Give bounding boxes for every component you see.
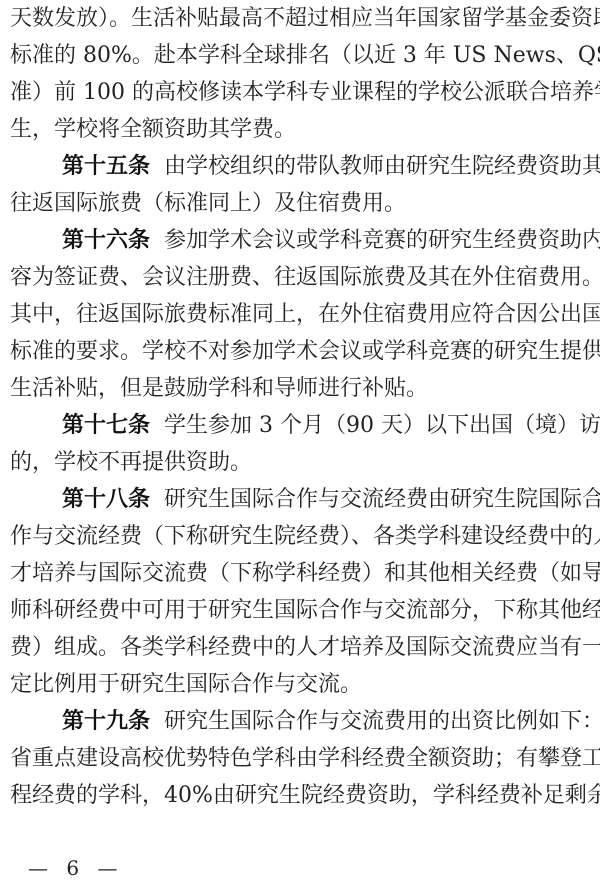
paragraph-line: 生活补贴，但是鼓励学科和导师进行补贴。 [10,374,592,404]
document-page: 天数发放）。生活补贴最高不超过相应当年国家留学基金委资助 标准的 80%。赴本学… [0,0,600,880]
article-heading: 第十五条 [62,154,150,179]
article-15-line: 第十五条由学校组织的带队教师由研究生院经费资助其 [10,152,592,182]
paragraph-line: 标准的要求。学校不对参加学术会议或学科竞赛的研究生提供 [10,337,592,367]
article-heading: 第十七条 [62,413,150,438]
article-heading: 第十九条 [62,709,150,734]
article-19-line: 第十九条研究生国际合作与交流费用的出资比例如下： [10,707,592,737]
paragraph-line: 定比例用于研究生国际合作与交流。 [10,670,592,700]
paragraph-line: 天数发放）。生活补贴最高不超过相应当年国家留学基金委资助 [10,4,592,34]
paragraph-line: 的，学校不再提供资助。 [10,448,592,478]
paragraph-line: 容为签证费、会议注册费、往返国际旅费及其在外住宿费用。 [10,263,592,293]
article-18-line: 第十八条研究生国际合作与交流经费由研究生院国际合 [10,485,592,515]
paragraph-line: 准）前 100 的高校修读本学科专业课程的学校公派联合培养学 [10,78,592,108]
article-heading: 第十六条 [62,228,150,253]
paragraph-line: 生，学校将全额资助其学费。 [10,115,592,145]
paragraph-line: 师科研经费中可用于研究生国际合作与交流部分，下称其他经 [10,596,592,626]
article-17-line: 第十七条学生参加 3 个月（90 天）以下出国（境）访学 [10,411,592,441]
article-16-line: 第十六条参加学术会议或学科竞赛的研究生经费资助内 [10,226,592,256]
paragraph-line: 标准的 80%。赴本学科全球排名（以近 3 年 US News、QS 排名为 [10,41,592,71]
article-heading: 第十八条 [62,487,150,512]
paragraph-line: 费）组成。各类学科经费中的人才培养及国际交流费应当有一 [10,633,592,663]
paragraph-line: 程经费的学科，40%由研究生院经费资助，学科经费补足剩余部 [10,781,592,811]
paragraph-line: 往返国际旅费（标准同上）及住宿费用。 [10,189,592,219]
paragraph-line: 作与交流经费（下称研究生院经费）、各类学科建设经费中的人 [10,522,592,552]
paragraph-line: 省重点建设高校优势特色学科由学科经费全额资助；有攀登工 [10,744,592,774]
paragraph-line: 才培养与国际交流费（下称学科经费）和其他相关经费（如导 [10,559,592,589]
paragraph-line: 其中，往返国际旅费标准同上，在外住宿费用应符合因公出国 [10,300,592,330]
page-number: — 6 — [28,856,123,880]
